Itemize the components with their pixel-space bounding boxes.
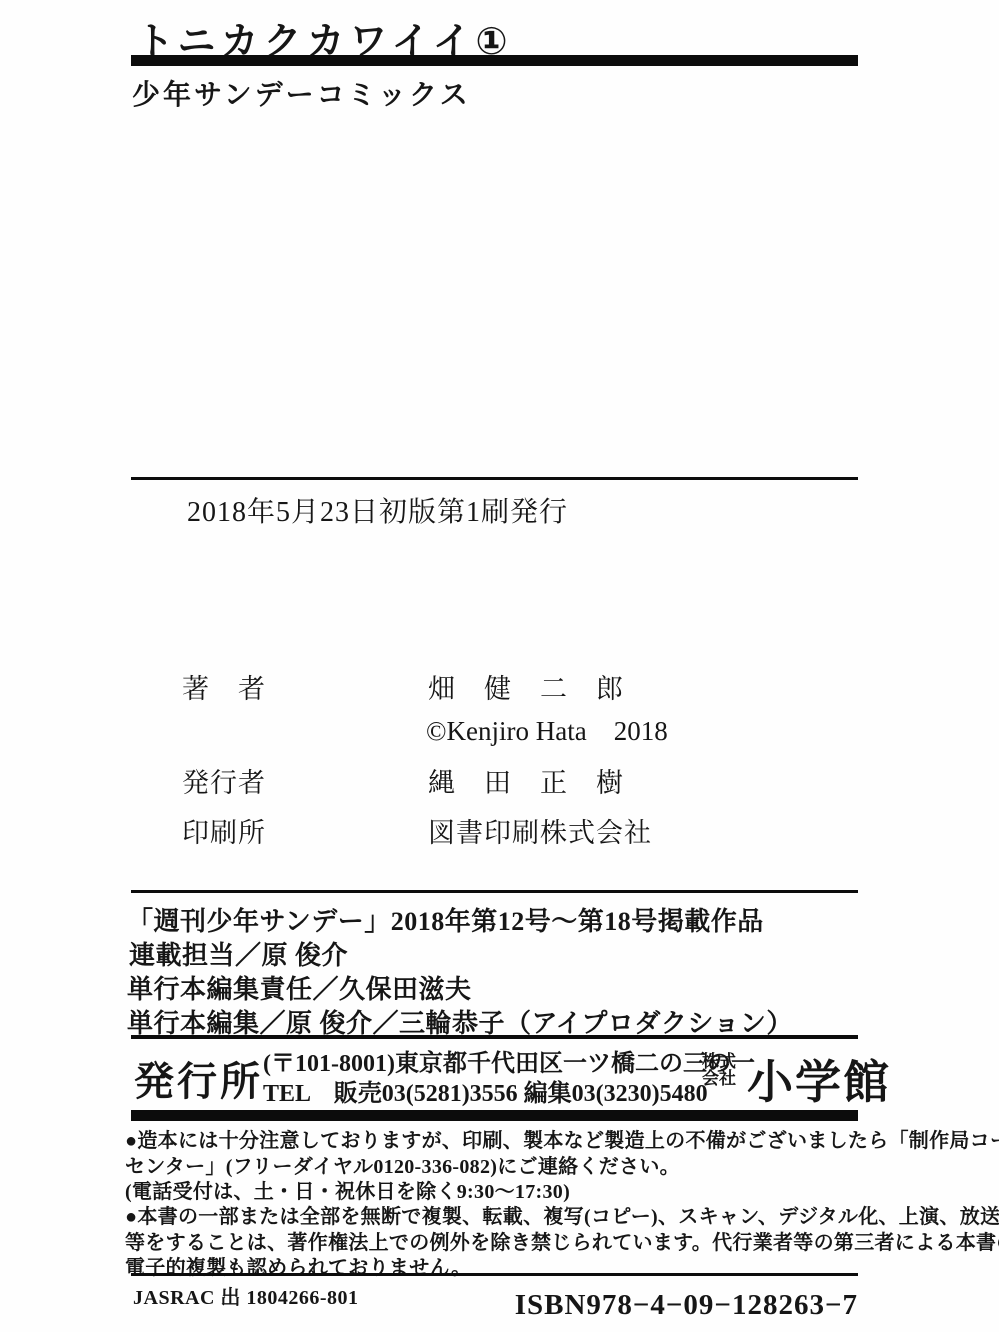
edition-line: 2018年5月23日初版第1刷発行 (187, 490, 568, 530)
publisher-telephone: TEL 販売03(5281)3556 編集03(3230)5480 (263, 1073, 708, 1108)
magazine-credit: 「週刊少年サンデー」2018年第12号〜第18号掲載作品 (127, 901, 764, 938)
colophon-page: トニカクカワイイ① 少年サンデーコミックス 2018年5月23日初版第1刷発行 … (0, 0, 999, 1332)
edition-divider (131, 477, 858, 480)
printer-label: 印刷所 (182, 811, 266, 850)
company-type-line2: 会社 (702, 1070, 736, 1087)
notice-line-1: ●造本には十分注意しておりますが、印刷、製本など製造上の不備がございましたら「制… (125, 1124, 999, 1153)
volume-chief-editor: 単行本編集責任／久保田滋夫 (127, 969, 472, 1006)
notice-line-4: ●本書の一部または全部を無断で複製、転載、複写(コピー)、スキャン、デジタル化、… (125, 1200, 999, 1229)
publisher-section-label: 発行所 (134, 1050, 263, 1107)
company-name: 小学館 (747, 1046, 891, 1112)
publisher-person-name: 縄 田 正 樹 (428, 761, 624, 800)
footer-divider (131, 1273, 858, 1276)
serialization-divider (131, 890, 858, 893)
isbn-number: ISBN978−4−09−128263−7 (131, 1289, 858, 1322)
title-divider (131, 55, 858, 66)
printer-name: 図書印刷株式会社 (428, 811, 652, 850)
company-type-stack: 株式 会社 (702, 1053, 736, 1087)
copyright-line: ©Kenjiro Hata 2018 (426, 709, 668, 748)
author-label: 著 者 (182, 667, 266, 706)
notice-top-divider (131, 1110, 858, 1121)
serial-editor: 連載担当／原 俊介 (129, 935, 348, 972)
series-imprint-label: 少年サンデーコミックス (132, 73, 471, 113)
company-type-line1: 株式 (702, 1053, 736, 1070)
author-name: 畑 健 二 郎 (428, 667, 624, 706)
publisher-top-divider (131, 1035, 858, 1039)
publisher-person-label: 発行者 (182, 761, 266, 800)
